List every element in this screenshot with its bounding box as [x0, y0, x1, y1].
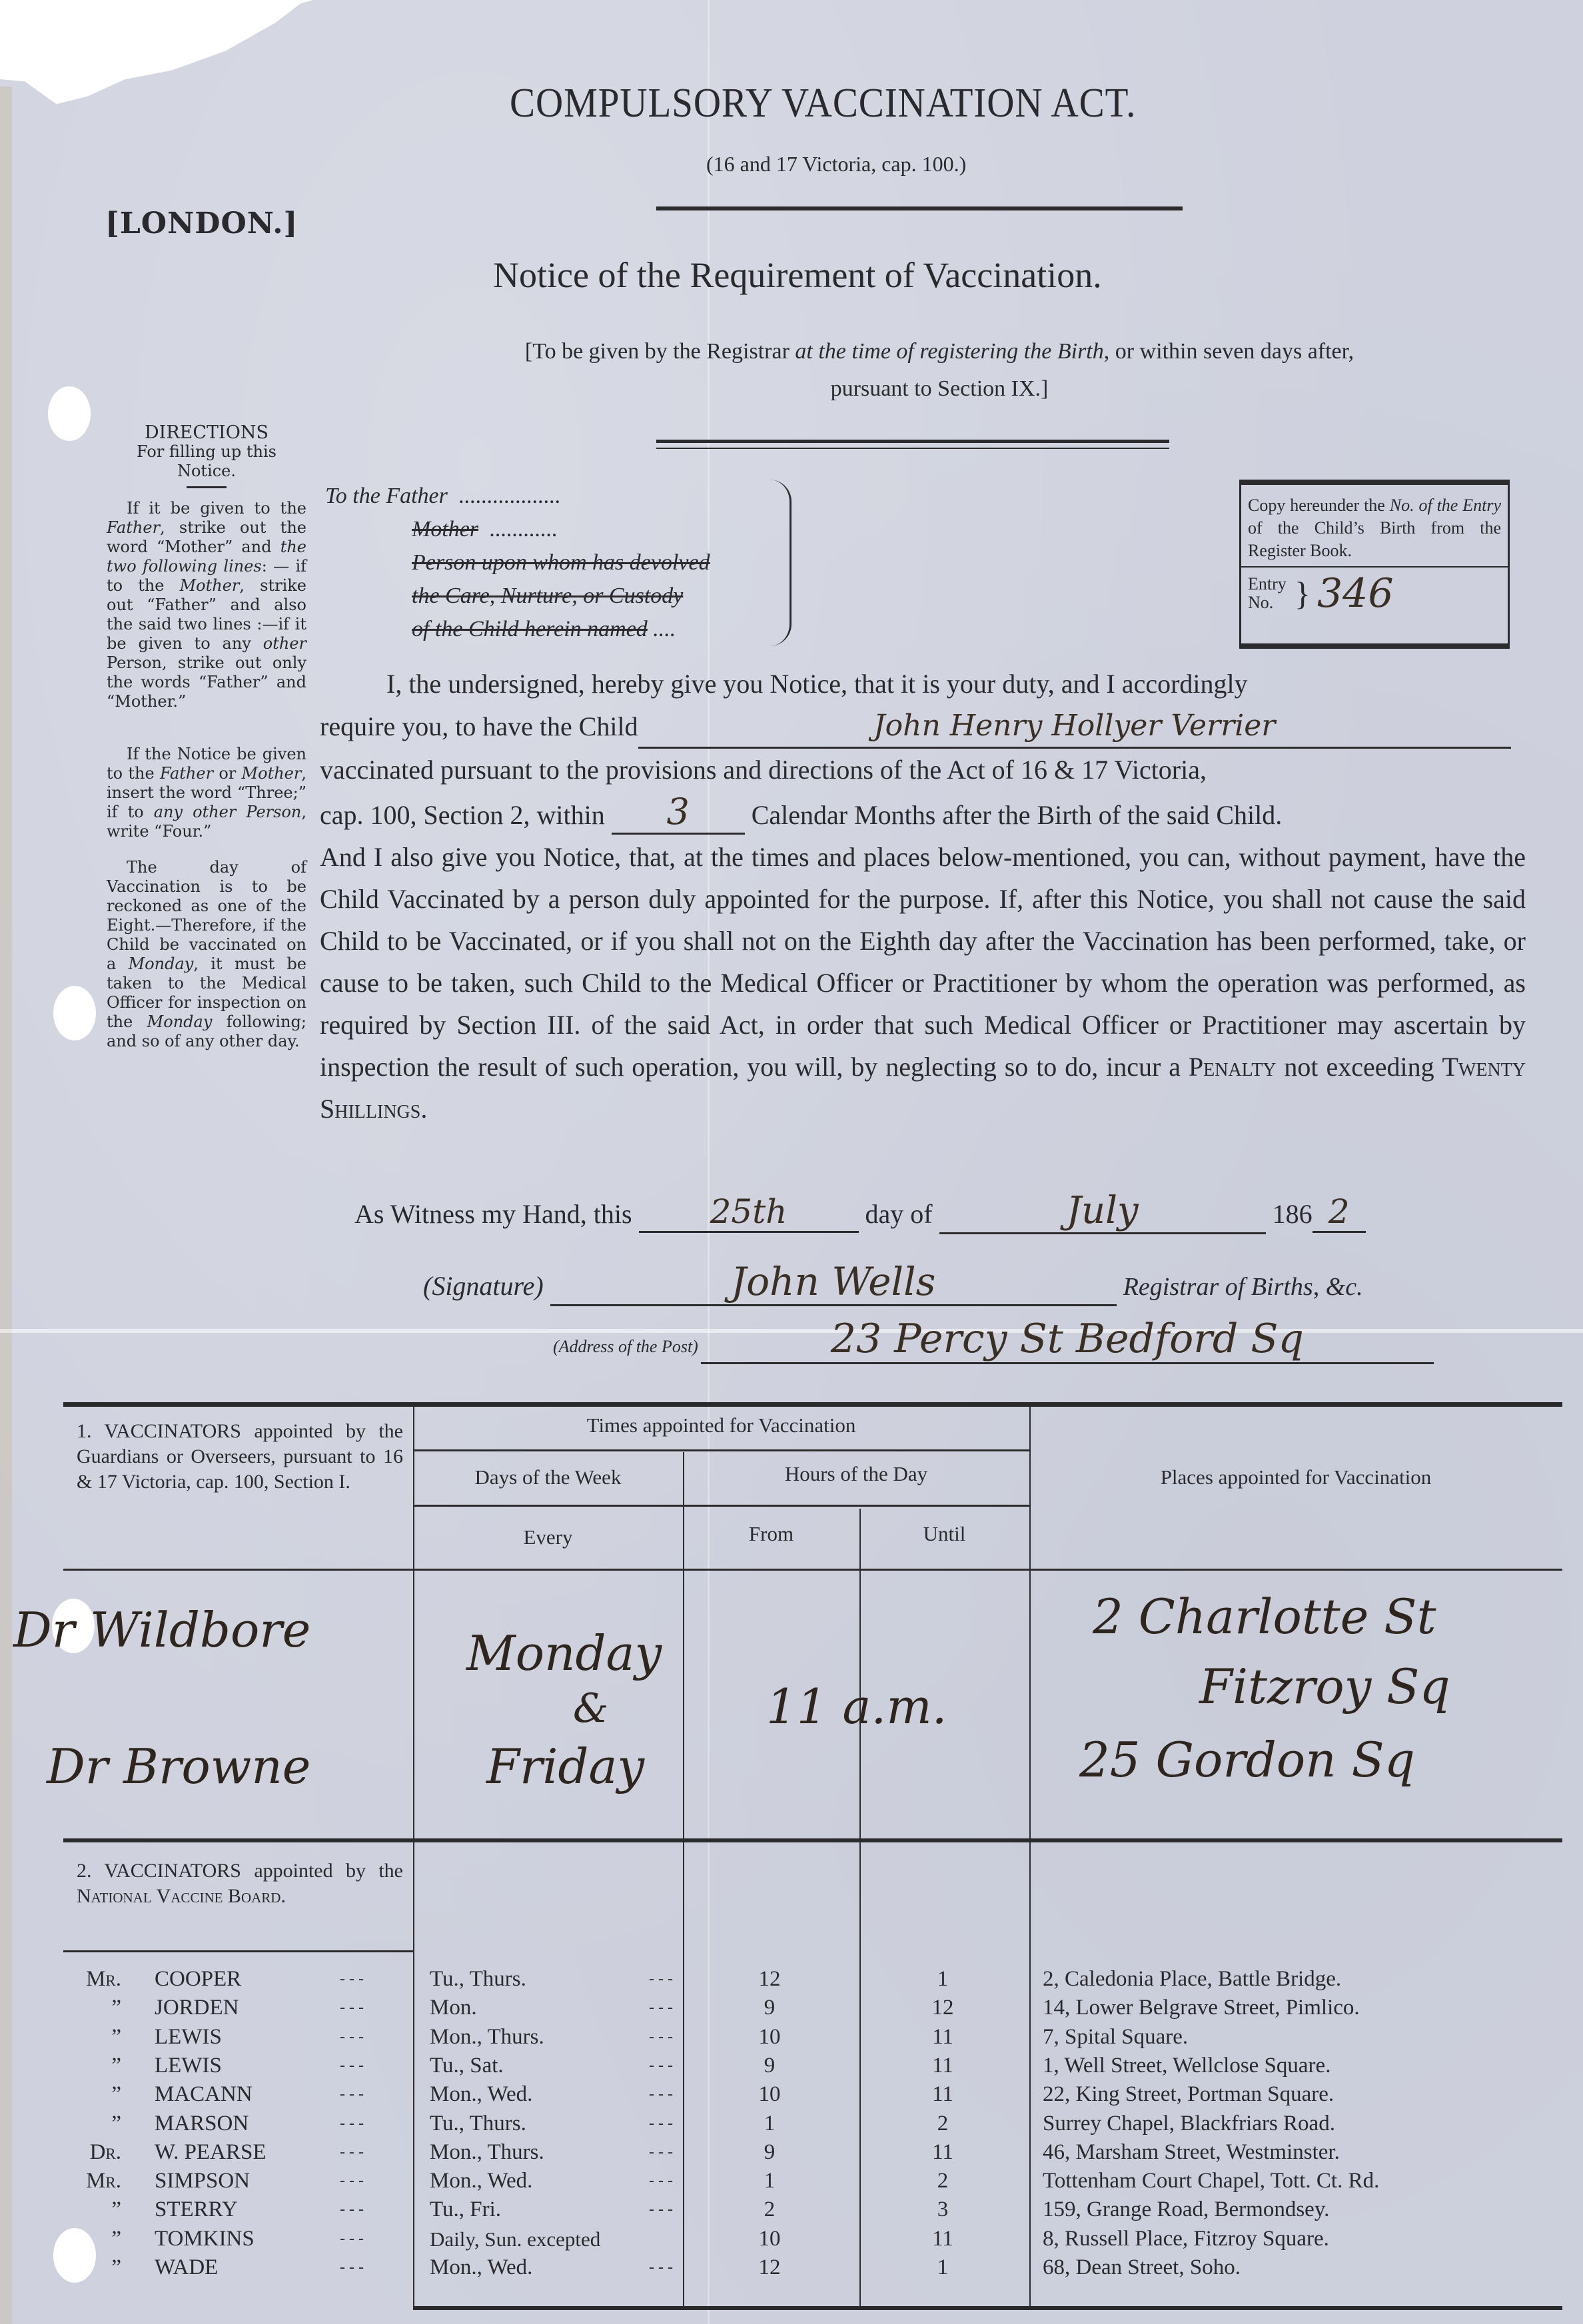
- district-label: [LONDON.]: [105, 206, 298, 240]
- hour-from: 12: [733, 1965, 806, 1994]
- hour-until: 11: [906, 2052, 979, 2080]
- leader-dots: - - -: [580, 2195, 673, 2224]
- places-header: Places appointed for Vaccination: [1029, 1465, 1562, 1489]
- hour-from: 1: [733, 2167, 806, 2195]
- vaccinator-name: SIMPSON: [155, 2167, 321, 2195]
- address-line: (Address of the Post) 23 Percy St Bedfor…: [553, 1316, 1434, 1364]
- vaccination-place: 46, Marsham Street, Westminster.: [1043, 2138, 1562, 2167]
- place-handwritten-1: 2 Charlotte St: [1093, 1589, 1436, 1645]
- addressee-person-line2: the Care, Nurture, or Custody: [325, 580, 791, 613]
- vaccinator-title: ”: [75, 1994, 121, 2022]
- vaccination-place: 159, Grange Road, Bermondsey.: [1043, 2195, 1562, 2224]
- days-handwritten-2: &: [573, 1685, 608, 1732]
- vaccinator-name: MARSON: [155, 2110, 321, 2138]
- hour-from: 2: [733, 2195, 806, 2224]
- vaccination-place: 68, Dean Street, Soho.: [1043, 2253, 1562, 2282]
- entry-label: Entry No.: [1248, 575, 1288, 612]
- notice-body-rest: And I also give you Notice, that, at the…: [320, 836, 1526, 1130]
- vaccinator-name: LEWIS: [155, 2023, 321, 2052]
- directions-para-3: The day of Vaccination is to be reckoned…: [107, 858, 306, 1051]
- vaccinator-2-handwritten: Dr Browne: [47, 1739, 310, 1794]
- vaccinator-name: TOMKINS: [155, 2225, 321, 2253]
- witness-day: 25th: [639, 1192, 859, 1233]
- vaccinator-title: Mr.: [75, 2167, 121, 2195]
- hour-from: 9: [733, 2138, 806, 2167]
- leader-dots: - - -: [340, 2225, 413, 2253]
- days-handwritten-3: Friday: [486, 1739, 644, 1794]
- vaccination-place: 7, Spital Square.: [1043, 2023, 1562, 2052]
- vaccinator-name: COOPER: [155, 1965, 321, 1994]
- witness-line: As Witness my Hand, this 25th day of Jul…: [354, 1189, 1366, 1234]
- vaccination-place: Tottenham Court Chapel, Tott. Ct. Rd.: [1043, 2167, 1562, 2195]
- until-header: Until: [859, 1522, 1029, 1546]
- hours-header: Hours of the Day: [683, 1462, 1029, 1486]
- notice-body: I, the undersigned, hereby give you Noti…: [320, 663, 1526, 1130]
- hour-until: 2: [906, 2167, 979, 2195]
- addressee-brace: [770, 480, 791, 646]
- directions-panel: DIRECTIONS For filling up this Notice. I…: [107, 423, 306, 1051]
- leader-dots: - - -: [340, 2052, 413, 2080]
- vaccination-days: Daily, Sun. excepted: [430, 2225, 676, 2253]
- months-field: 3: [612, 791, 745, 835]
- hour-from: 10: [733, 2080, 806, 2109]
- notice-title: Notice of the Requirement of Vaccination…: [493, 254, 1102, 296]
- days-handwritten-1: Monday: [466, 1625, 662, 1681]
- vaccination-place: 2, Caledonia Place, Battle Bridge.: [1043, 1965, 1562, 1994]
- child-name-field: John Henry Hollyer Verrier: [638, 705, 1511, 749]
- vaccinator-title: ”: [75, 2052, 121, 2080]
- hour-until: 11: [906, 2080, 979, 2109]
- leader-dots: - - -: [340, 2138, 413, 2167]
- leader-dots: - - -: [580, 1994, 673, 2022]
- hour-from: 1: [733, 2110, 806, 2138]
- days-subheader: Every: [413, 1525, 683, 1549]
- witness-month: July: [939, 1189, 1266, 1234]
- vaccination-place: 22, King Street, Portman Square.: [1043, 2080, 1562, 2109]
- vaccination-place: 8, Russell Place, Fitzroy Square.: [1043, 2225, 1562, 2253]
- registrar-address: 23 Percy St Bedford Sq: [701, 1316, 1434, 1364]
- leader-dots: - - -: [340, 2023, 413, 2052]
- leader-dots: - - -: [340, 1965, 413, 1994]
- leader-dots: - - -: [340, 2080, 413, 2109]
- leader-dots: - - -: [340, 2167, 413, 2195]
- entry-number: 346: [1317, 570, 1394, 617]
- entry-number-box: Copy hereunder the No. of the Entry of t…: [1239, 480, 1510, 649]
- hour-until: 3: [906, 2195, 979, 2224]
- brace-icon: }: [1295, 574, 1311, 613]
- from-handwritten: 11 a.m.: [766, 1679, 947, 1735]
- hour-until: 2: [906, 2110, 979, 2138]
- leader-dots: - - -: [580, 2253, 673, 2282]
- vaccinator-name: W. PEARSE: [155, 2138, 321, 2167]
- registrar-instruction: [To be given by the Registrar at the tim…: [373, 333, 1506, 408]
- vaccination-place: Surrey Chapel, Blackfriars Road.: [1043, 2110, 1562, 2138]
- vaccinator-title: ”: [75, 2023, 121, 2052]
- addressee-block: To the Father .................. Mother …: [325, 480, 791, 646]
- directions-para-1: If it be given to the Father, strike out…: [107, 499, 306, 711]
- vaccinator-name: LEWIS: [155, 2052, 321, 2080]
- leader-dots: - - -: [340, 2110, 413, 2138]
- instruction-rule-thin: [656, 448, 1169, 449]
- vaccinator-name: JORDEN: [155, 1994, 321, 2022]
- statute-reference: (16 and 17 Victoria, cap. 100.): [706, 152, 966, 177]
- hour-from: 12: [733, 2253, 806, 2282]
- hour-from: 9: [733, 2052, 806, 2080]
- times-header: Times appointed for Vaccination: [413, 1413, 1029, 1437]
- directions-para-2: If the Notice be given to the Father or …: [107, 745, 306, 841]
- punch-hole-icon: [48, 386, 91, 441]
- leader-dots: - - -: [580, 2138, 673, 2167]
- place-handwritten-3: 25 Gordon Sq: [1079, 1732, 1415, 1788]
- section1-heading: 1. VACCINATORS appointed by the Guardian…: [77, 1419, 403, 1495]
- leader-dots: - - -: [580, 2110, 673, 2138]
- vaccination-place: 14, Lower Belgrave Street, Pimlico.: [1043, 1994, 1562, 2022]
- place-handwritten-2: Fitzroy Sq: [1199, 1659, 1450, 1715]
- vaccinator-1-handwritten: Dr Wildbore: [13, 1602, 310, 1658]
- vaccination-place: 1, Well Street, Wellclose Square.: [1043, 2052, 1562, 2080]
- hour-until: 1: [906, 2253, 979, 2282]
- hour-until: 11: [906, 2225, 979, 2253]
- vaccinator-title: ”: [75, 2110, 121, 2138]
- vaccinator-name: STERRY: [155, 2195, 321, 2224]
- directions-subheading: For filling up this Notice.: [127, 442, 286, 481]
- leader-dots: - - -: [340, 1994, 413, 2022]
- hour-until: 11: [906, 2023, 979, 2052]
- vaccinator-name: WADE: [155, 2253, 321, 2282]
- vaccinator-title: Dr.: [75, 2138, 121, 2167]
- leader-dots: - - -: [580, 1965, 673, 1994]
- addressee-person-line1: Person upon whom has devolved: [325, 546, 791, 580]
- vaccinator-title: ”: [75, 2195, 121, 2224]
- addressee-father: To the Father ..................: [325, 480, 791, 513]
- directions-heading: DIRECTIONS: [107, 423, 306, 442]
- hour-until: 1: [906, 1965, 979, 1994]
- vaccinator-name: MACANN: [155, 2080, 321, 2109]
- leader-dots: - - -: [340, 2253, 413, 2282]
- hour-until: 11: [906, 2138, 979, 2167]
- hour-from: 9: [733, 1994, 806, 2022]
- instruction-rule: [656, 440, 1169, 443]
- addressee-mother: Mother ............: [325, 513, 791, 546]
- addressee-person-line3: of the Child herein named ....: [325, 613, 791, 646]
- header-rule: [656, 206, 1183, 210]
- act-title: COMPULSORY VACCINATION ACT.: [510, 80, 1136, 127]
- vaccinator-title: ”: [75, 2080, 121, 2109]
- leader-dots: - - -: [580, 2167, 673, 2195]
- section2-heading: 2. VACCINATORS appointed by the National…: [77, 1858, 403, 1909]
- days-header: Days of the Week: [413, 1465, 683, 1489]
- vaccinator-title: Mr.: [75, 1965, 121, 1994]
- leader-dots: - - -: [580, 2080, 673, 2109]
- signature-line: (Signature) John Wells Registrar of Birt…: [423, 1259, 1363, 1306]
- leader-dots: - - -: [580, 2023, 673, 2052]
- from-header: From: [683, 1522, 859, 1546]
- hour-until: 12: [906, 1994, 979, 2022]
- hour-from: 10: [733, 2225, 806, 2253]
- witness-year: 2: [1313, 1192, 1366, 1233]
- directions-rule: [187, 486, 227, 488]
- vaccinator-title: ”: [75, 2253, 121, 2282]
- entry-instruction: Copy hereunder the No. of the Entry of t…: [1241, 485, 1508, 566]
- leader-dots: - - -: [580, 2052, 673, 2080]
- registrar-signature: John Wells: [550, 1259, 1117, 1306]
- paper-edge: [0, 87, 12, 2324]
- hour-from: 10: [733, 2023, 806, 2052]
- vaccinator-title: ”: [75, 2225, 121, 2253]
- punch-hole-icon: [53, 986, 96, 1040]
- leader-dots: - - -: [340, 2195, 413, 2224]
